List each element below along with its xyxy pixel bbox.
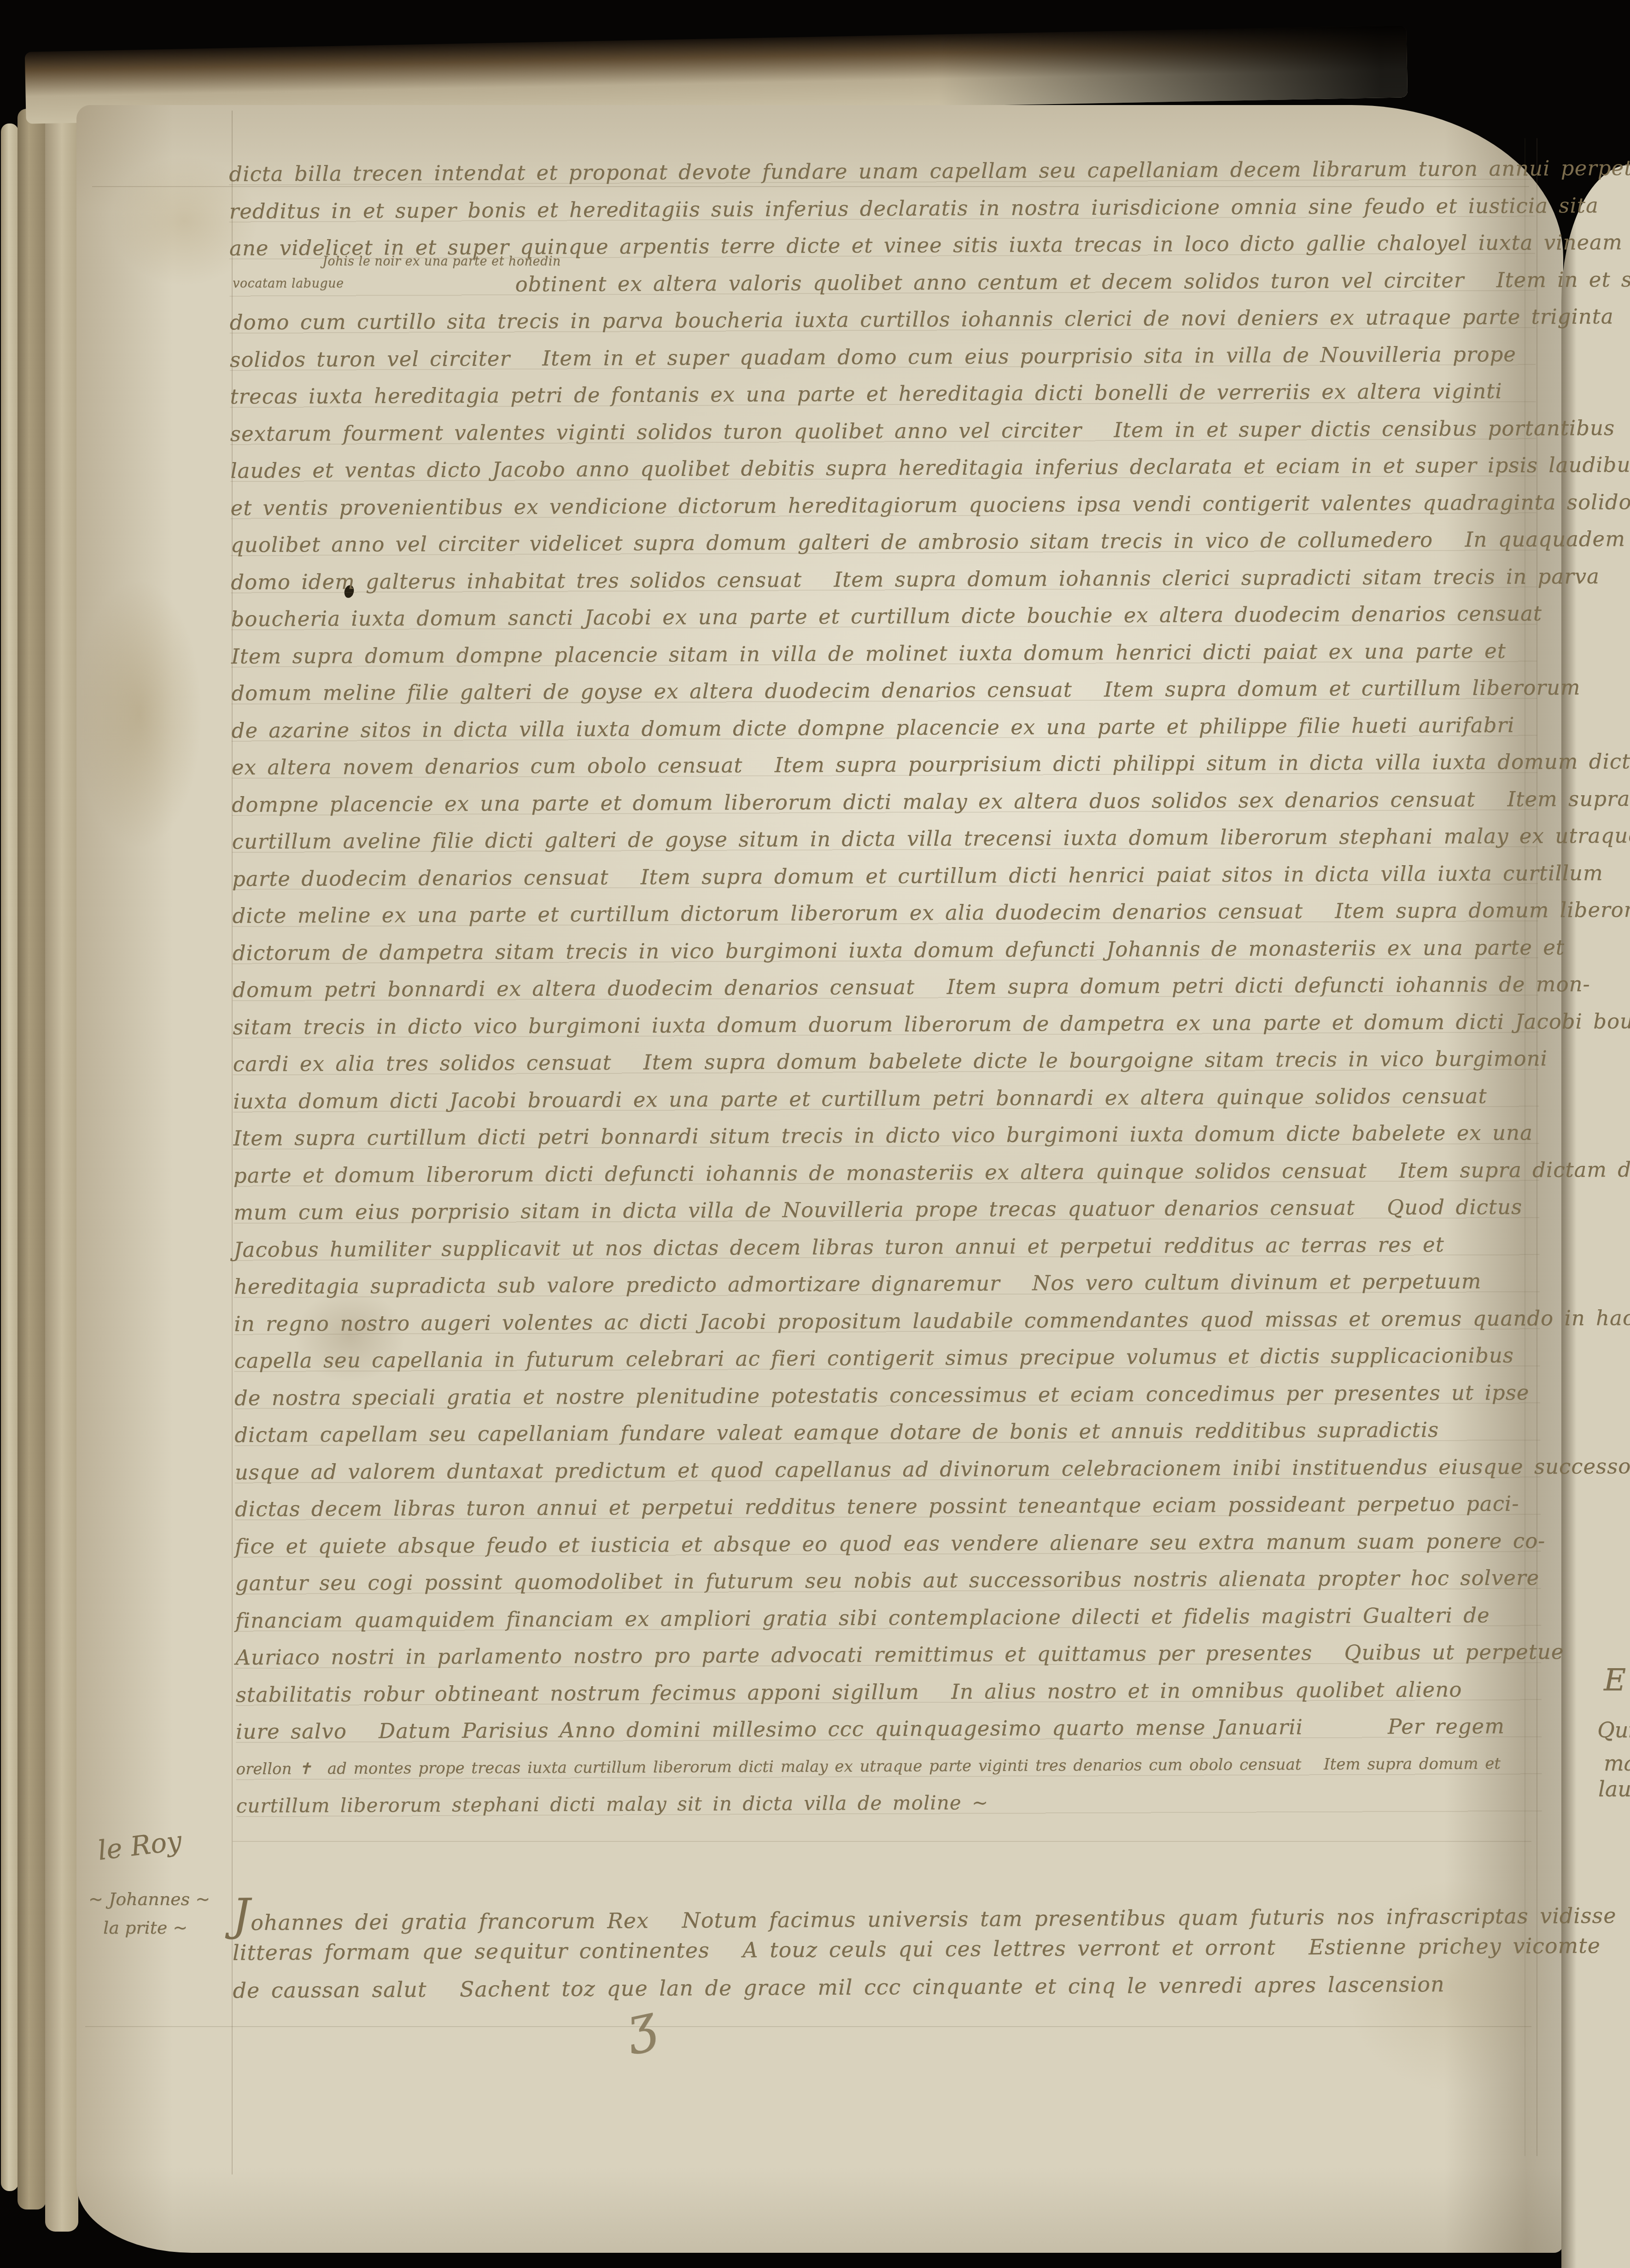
folio-stack-edge-outer [1,123,18,2191]
manuscript-line: iuxta domum dicti Jacobi brouardi ex una… [233,1077,1539,1120]
manuscript-line: domum petri bonnardi ex altera duodecim … [233,966,1538,1009]
manuscript-line: domo idem galterus inhabitat tres solido… [231,558,1537,601]
manuscript-line: Auriaco nostri in parlamento nostro pro … [235,1634,1541,1676]
manuscript-line: dictam capellam seu capellaniam fundare … [234,1411,1540,1454]
manuscript-line: domo cum curtillo sita trecis in parva b… [230,299,1536,341]
charter-line: litteras formam que sequitur continentes… [233,1927,1536,1972]
manuscript-line: capella seu capellania in futurum celebr… [234,1337,1540,1380]
manuscript-line: curtillum aveline filie dicti galteri de… [232,818,1537,861]
manuscript-line: solidos turon vel circiter Item in et su… [230,335,1536,378]
manuscript-line: domum meline filie galteri de goyse ex a… [231,669,1537,712]
manuscript-line: iure salvo Datum Parisius Anno domini mi… [236,1708,1542,1751]
manuscript-line: gantur seu cogi possint quomodolibet in … [235,1559,1541,1602]
manuscript-line: laudes et ventas dicto Jacobo anno quoli… [230,447,1536,490]
manuscript-line: parte duodecim denarios censuat Item sup… [232,855,1538,897]
interlinear-insertion-line: Johis le noir ex una parte et honedin [322,254,561,269]
interlinear-insertion-line: vocatam labugue [233,276,344,291]
second-charter-text-block: Johannes dei gratia francorum Rex Notum … [232,1889,1536,2010]
manuscript-line: et ventis provenientibus ex vendicione d… [230,484,1536,527]
ruling-line-horizontal [233,1841,1531,1842]
folio-stack-edge-middle [18,109,46,2209]
manuscript-line: parte et domum liberorum dicti defuncti … [234,1151,1539,1194]
manuscript-photograph: E Qui ma lau dicta billa trecen intendat… [0,0,1630,2268]
manuscript-line: in regno nostro augeri volentes ac dicti… [234,1300,1540,1342]
manuscript-line: stabilitatis robur obtineant nostrum fec… [236,1670,1542,1713]
manuscript-line: Jacobus humiliter supplicavit ut nos dic… [234,1225,1539,1268]
manuscript-line: Item supra curtillum dicti petri bonnard… [233,1114,1539,1157]
next-folio-text-fragment: Qui [1597,1717,1630,1742]
manuscript-line: quolibet anno vel circiter videlicet sup… [231,521,1537,564]
manuscript-line: fice et quiete absque feudo et iusticia … [235,1522,1541,1565]
margin-note-johannes: ~ Johannes ~ [88,1889,210,1909]
manuscript-line: de azarine sitos in dicta villa iuxta do… [231,706,1537,749]
manuscript-line: redditus in et super bonis et hereditagi… [229,187,1535,230]
manuscript-line: sextarum fourment valentes viginti solid… [230,410,1536,452]
manuscript-line: dicte meline ex una parte et curtillum d… [232,892,1538,935]
manuscript-line: mum cum eius porprisio sitam in dicta vi… [234,1189,1539,1231]
next-folio-text-fragment: E [1604,1662,1626,1698]
manuscript-line: dompne placencie ex una parte et domum l… [232,780,1537,823]
charter-line: Johannes dei gratia francorum Rex Notum … [232,1889,1536,1934]
next-folio-text-fragment: lau [1598,1776,1630,1801]
manuscript-line: curtillum liberorum stephani dicti malay… [236,1782,1542,1825]
manuscript-line: Item supra domum dompne placencie sitam … [231,632,1537,675]
manuscript-line: usque ad valorem duntaxat predictum et q… [234,1448,1540,1491]
charter-line: de caussan salut Sachent toz que lan de … [233,1965,1536,2010]
next-folio-text-fragment: ma [1604,1751,1630,1776]
manuscript-line: dicta billa trecen intendat et proponat … [229,150,1535,193]
manuscript-line: boucheria iuxta domum sancti Jacobi ex u… [231,595,1537,638]
manuscript-line: dictas decem libras turon annui et perpe… [235,1485,1541,1528]
manuscript-line: cardi ex alia tres solidos censuat Item … [233,1040,1539,1083]
manuscript-line: dictorum de dampetra sitam trecis in vic… [232,929,1538,972]
ruling-line-horizontal [85,2026,1531,2027]
manuscript-line: financiam quamquidem financiam ex amplio… [235,1596,1541,1639]
charter-text-block: dicta billa trecen intendat et proponat … [229,150,1542,1825]
manuscript-line: sitam trecis in dicto vico burgimoni iux… [233,1003,1538,1046]
manuscript-line: trecas iuxta hereditagia petri de fontan… [230,373,1536,416]
manuscript-line: hereditagia supradicta sub valore predic… [234,1263,1540,1306]
manuscript-line: ex altera novem denarios cum obolo censu… [232,744,1537,786]
manuscript-line: orellon ✝ ad montes prope trecas iuxta c… [236,1745,1542,1787]
manuscript-line: de nostra speciali gratia et nostre plen… [234,1374,1540,1417]
folio-stack-edge-inner [45,94,78,2232]
margin-note-la-prite: la prite ~ [103,1917,187,1938]
